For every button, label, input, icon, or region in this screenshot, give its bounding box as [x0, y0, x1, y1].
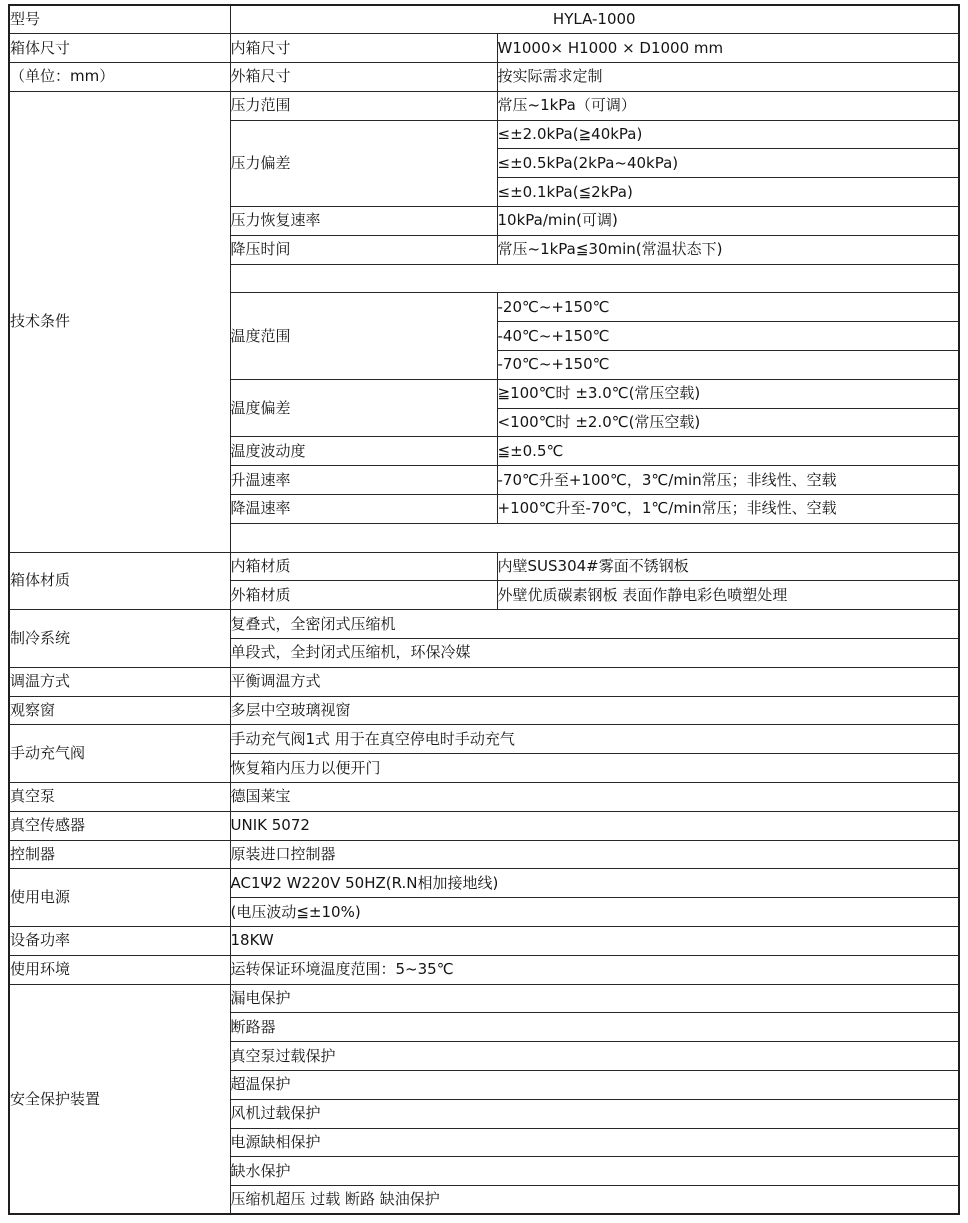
sub-label-outer-material: 外箱材质 — [230, 581, 497, 610]
row-power-supply-1: 使用电源 AC1Ψ2 W220V 50HZ(R.N相加接地线) — [9, 869, 959, 898]
row-label-observation-window: 观察窗 — [9, 696, 230, 725]
row-label-safety: 安全保护装置 — [9, 984, 230, 1214]
row-inner-material: 箱体材质 内箱材质 内壁SUS304#雾面不锈钢板 — [9, 552, 959, 581]
value-temp-dev-low: <100℃时 ±2.0℃(常压空载) — [497, 408, 959, 437]
spec-sheet: 型号 HYLA-1000 箱体尺寸 内箱尺寸 W1000× H1000 × D1… — [8, 4, 958, 1215]
value-depressurize-time: 常压~1kPa≦30min(常温状态下) — [497, 235, 959, 264]
row-manual-valve-1: 手动充气阀 手动充气阀1式 用于在真空停电时手动充气 — [9, 725, 959, 754]
sub-label-inner-size: 内箱尺寸 — [230, 34, 497, 63]
sub-label-pressure-deviation: 压力偏差 — [230, 120, 497, 206]
value-outer-material: 外壁优质碳素钢板 表面作静电彩色喷塑处理 — [497, 581, 959, 610]
row-vacuum-pump: 真空泵 德国莱宝 — [9, 783, 959, 812]
value-heatup-rate: -70℃升至+100℃，3℃/min常压；非线性、空载 — [497, 466, 959, 495]
sub-label-pressure-recovery: 压力恢复速率 — [230, 207, 497, 236]
row-safety-1: 安全保护装置 漏电保护 — [9, 984, 959, 1013]
value-device-power: 18KW — [230, 927, 959, 956]
value-outer-size: 按实际需求定制 — [497, 63, 959, 92]
row-label-controller: 控制器 — [9, 840, 230, 869]
sub-label-temp-range: 温度范围 — [230, 293, 497, 379]
sub-label-cooldown-rate: 降温速率 — [230, 495, 497, 524]
row-label-manual-valve: 手动充气阀 — [9, 725, 230, 783]
value-safety-4: 超温保护 — [230, 1070, 959, 1099]
row-label-cabinet-size-unit: （单位：mm） — [9, 63, 230, 92]
value-inner-size: W1000× H1000 × D1000 mm — [497, 34, 959, 63]
value-operating-env: 运转保证环境温度范围：5~35℃ — [230, 955, 959, 984]
row-operating-env: 使用环境 运转保证环境温度范围：5~35℃ — [9, 955, 959, 984]
value-controller: 原装进口控制器 — [230, 840, 959, 869]
value-safety-2: 断路器 — [230, 1013, 959, 1042]
sub-label-outer-size: 外箱尺寸 — [230, 63, 497, 92]
value-model: HYLA-1000 — [230, 5, 959, 34]
value-temp-dev-high: ≧100℃时 ±3.0℃(常压空载) — [497, 379, 959, 408]
sub-label-depressurize-time: 降压时间 — [230, 235, 497, 264]
value-cooldown-rate: +100℃升至-70℃，1℃/min常压；非线性、空载 — [497, 495, 959, 524]
row-label-temp-control: 调温方式 — [9, 667, 230, 696]
value-temp-range-3: -70℃~+150℃ — [497, 351, 959, 380]
value-safety-3: 真空泵过载保护 — [230, 1042, 959, 1071]
sub-label-heatup-rate: 升温速率 — [230, 466, 497, 495]
row-label-device-power: 设备功率 — [9, 927, 230, 956]
value-safety-6: 电源缺相保护 — [230, 1128, 959, 1157]
value-vacuum-pump: 德国莱宝 — [230, 783, 959, 812]
value-safety-5: 风机过载保护 — [230, 1099, 959, 1128]
row-label-vacuum-pump: 真空泵 — [9, 783, 230, 812]
value-pressure-recovery: 10kPa/min(可调) — [497, 207, 959, 236]
row-label-technical: 技术条件 — [9, 91, 230, 552]
spec-table: 型号 HYLA-1000 箱体尺寸 内箱尺寸 W1000× H1000 × D1… — [8, 4, 960, 1215]
value-power-supply-2: (电压波动≦±10%) — [230, 898, 959, 927]
value-pressure-dev-low: ≤±0.1kPa(≦2kPa) — [497, 178, 959, 207]
row-label-refrigeration: 制冷系统 — [9, 610, 230, 668]
value-refrigeration-2: 单段式，全封闭式压缩机，环保冷媒 — [230, 639, 959, 668]
value-pressure-dev-high: ≤±2.0kPa(≧40kPa) — [497, 120, 959, 149]
value-vacuum-sensor: UNIK 5072 — [230, 811, 959, 840]
row-outer-size: （单位：mm） 外箱尺寸 按实际需求定制 — [9, 63, 959, 92]
row-model: 型号 HYLA-1000 — [9, 5, 959, 34]
row-label-operating-env: 使用环境 — [9, 955, 230, 984]
row-temp-control: 调温方式 平衡调温方式 — [9, 667, 959, 696]
row-observation-window: 观察窗 多层中空玻璃视窗 — [9, 696, 959, 725]
spacer-cell — [230, 264, 959, 293]
value-safety-8: 压缩机超压 过载 断路 缺油保护 — [230, 1186, 959, 1215]
row-label-power-supply: 使用电源 — [9, 869, 230, 927]
value-pressure-range: 常压~1kPa（可调） — [497, 91, 959, 120]
row-inner-size: 箱体尺寸 内箱尺寸 W1000× H1000 × D1000 mm — [9, 34, 959, 63]
row-label-model: 型号 — [9, 5, 230, 34]
row-controller: 控制器 原装进口控制器 — [9, 840, 959, 869]
row-label-vacuum-sensor: 真空传感器 — [9, 811, 230, 840]
row-refrigeration-1: 制冷系统 复叠式，全密闭式压缩机 — [9, 610, 959, 639]
spacer-cell — [230, 523, 959, 552]
row-pressure-range: 技术条件 压力范围 常压~1kPa（可调） — [9, 91, 959, 120]
value-power-supply-1: AC1Ψ2 W220V 50HZ(R.N相加接地线) — [230, 869, 959, 898]
value-temp-range-2: -40℃~+150℃ — [497, 322, 959, 351]
value-safety-7: 缺水保护 — [230, 1157, 959, 1186]
value-refrigeration-1: 复叠式，全密闭式压缩机 — [230, 610, 959, 639]
row-label-cabinet-material: 箱体材质 — [9, 552, 230, 610]
value-safety-1: 漏电保护 — [230, 984, 959, 1013]
row-device-power: 设备功率 18KW — [9, 927, 959, 956]
value-observation-window: 多层中空玻璃视窗 — [230, 696, 959, 725]
value-temp-fluctuation: ≦±0.5℃ — [497, 437, 959, 466]
value-manual-valve-1: 手动充气阀1式 用于在真空停电时手动充气 — [230, 725, 959, 754]
sub-label-inner-material: 内箱材质 — [230, 552, 497, 581]
sub-label-temp-deviation: 温度偏差 — [230, 379, 497, 437]
value-temp-control: 平衡调温方式 — [230, 667, 959, 696]
sub-label-pressure-range: 压力范围 — [230, 91, 497, 120]
value-inner-material: 内壁SUS304#雾面不锈钢板 — [497, 552, 959, 581]
value-manual-valve-2: 恢复箱内压力以便开门 — [230, 754, 959, 783]
value-pressure-dev-mid: ≤±0.5kPa(2kPa~40kPa) — [497, 149, 959, 178]
row-vacuum-sensor: 真空传感器 UNIK 5072 — [9, 811, 959, 840]
sub-label-temp-fluctuation: 温度波动度 — [230, 437, 497, 466]
value-temp-range-1: -20℃~+150℃ — [497, 293, 959, 322]
row-label-cabinet-size: 箱体尺寸 — [9, 34, 230, 63]
